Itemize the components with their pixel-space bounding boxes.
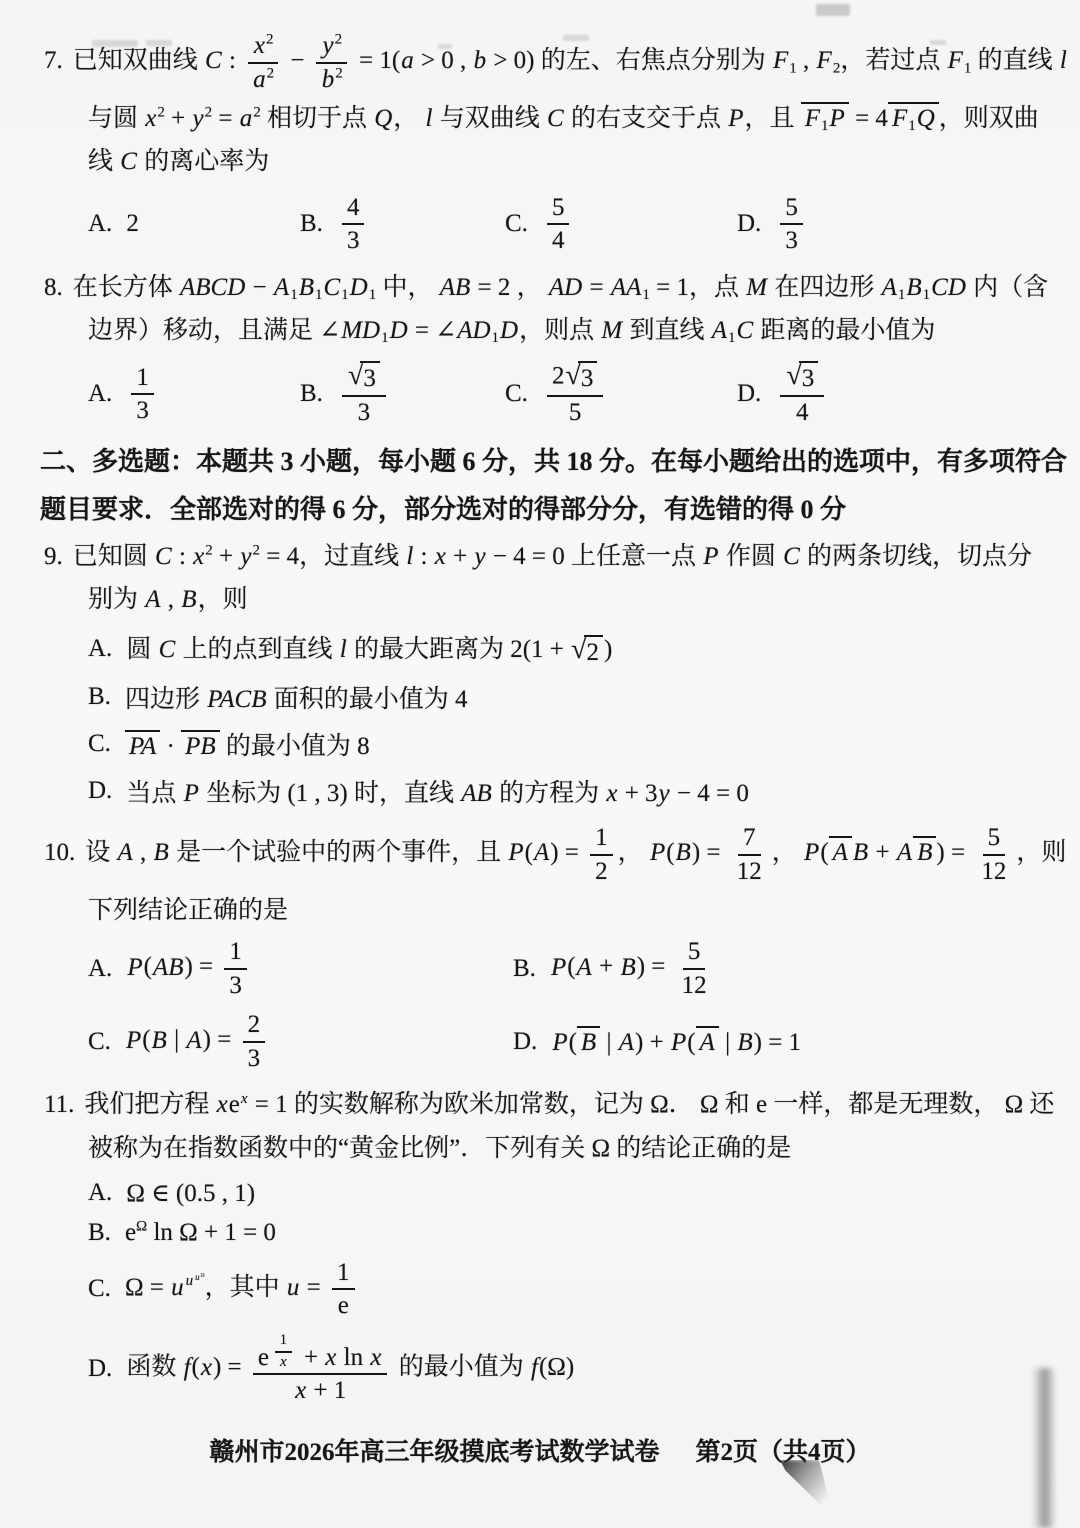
- option-label: D.: [88, 777, 112, 805]
- math-variable: A: [832, 839, 849, 866]
- math-variable: x: [294, 1377, 307, 1404]
- text-run: 3: [136, 397, 149, 424]
- text-run: ln: [337, 1344, 369, 1371]
- denominator: 4: [547, 225, 570, 256]
- denominator: 3: [131, 395, 154, 426]
- denominator: 3: [243, 1043, 266, 1074]
- math-variable: P: [125, 1027, 142, 1054]
- text-run: = 4: [849, 105, 888, 132]
- math-variable: Q: [373, 105, 393, 132]
- math-variable: a: [252, 66, 267, 93]
- fraction: 23: [243, 1010, 266, 1073]
- text-run: = 1 的实数解称为欧米加常数，记为 Ω． Ω 和 e 一样，都是无理数， Ω …: [248, 1091, 1054, 1118]
- numerator: e1x + x ln x: [253, 1332, 388, 1375]
- text-run: ): [604, 636, 612, 663]
- text-run: ) =: [692, 839, 727, 866]
- math-variable: P: [670, 1029, 687, 1056]
- option-label: B.: [513, 955, 536, 983]
- denominator: 5: [564, 397, 587, 428]
- numerator: √3: [780, 361, 824, 397]
- text-run: 4: [552, 227, 565, 254]
- text-run: 到直线: [623, 317, 711, 344]
- math-variable: x: [144, 105, 157, 132]
- text-run: 7: [743, 824, 756, 851]
- page-curl-shadow: [780, 1460, 834, 1518]
- math-variable: C: [782, 543, 801, 570]
- text-run: 1: [381, 330, 389, 346]
- text-run: 距离的最小值为: [754, 317, 935, 344]
- fraction: 512: [677, 937, 712, 1000]
- superscript: 2: [252, 542, 260, 558]
- text-run: 别为: [88, 586, 144, 613]
- math-variable: F: [804, 105, 821, 132]
- option-item: A.2: [88, 210, 300, 238]
- text-run: 圆: [126, 636, 157, 663]
- text-run: +: [447, 543, 474, 570]
- math-variable: B: [916, 839, 933, 866]
- text-run: +: [869, 839, 896, 866]
- text-run: 坐标为 (1 , 3) 时，直线: [200, 780, 460, 807]
- math-variable: A: [711, 317, 728, 344]
- option-content: P(B | A) = 23: [125, 1010, 270, 1073]
- numerator: x2: [248, 31, 279, 64]
- superscript: uΩ: [194, 1272, 205, 1282]
- option-item: D.函数 f(x) = e1x + x ln xx + 1 的最小值为 f(Ω): [40, 1332, 1046, 1406]
- overline-vector: A: [696, 1026, 719, 1057]
- text-run: > 0 ,: [415, 47, 473, 74]
- text-run: Ω =: [125, 1274, 170, 1301]
- option-content: 13: [126, 363, 159, 426]
- math-variable: A: [185, 1027, 202, 1054]
- fraction: 512: [976, 823, 1011, 886]
- math-variable: F: [772, 47, 789, 74]
- text-run: (: [142, 1027, 150, 1054]
- denominator: 3: [780, 225, 803, 256]
- math-variable: x: [434, 543, 447, 570]
- math-variable: A: [576, 954, 593, 981]
- denominator: 3: [353, 397, 376, 428]
- text-run: ) +: [635, 1029, 670, 1056]
- question-11-line: 11.我们把方程 xex = 1 的实数解称为欧米加常数，记为 Ω． Ω 和 e…: [40, 1087, 1046, 1123]
- text-run: 2: [266, 31, 274, 47]
- page-edge-shadow: [1032, 1368, 1056, 1528]
- option-content: Ω ∈ (0.5 , 1): [126, 1178, 255, 1208]
- option-label: C.: [88, 730, 111, 758]
- numerator: 5: [683, 937, 706, 970]
- math-variable: C: [119, 148, 138, 175]
- options-question-7: A.2B.43C.54D.53: [40, 193, 1046, 256]
- math-variable: P: [550, 954, 567, 981]
- text-run: ，则: [1016, 839, 1066, 866]
- option-content: 53: [775, 193, 808, 256]
- text-run: |: [719, 1029, 737, 1056]
- text-run: +: [298, 1344, 325, 1371]
- question-number: 11.: [44, 1091, 74, 1118]
- math-variable: a: [400, 47, 415, 74]
- text-run: ，其中: [205, 1274, 286, 1301]
- text-run: ，则点: [519, 317, 600, 344]
- text-run: ) = 1: [754, 1029, 801, 1056]
- option-item: B.√33: [300, 361, 505, 428]
- text-run: :: [223, 47, 242, 74]
- text-run: 5: [785, 194, 798, 221]
- math-variable: AB: [439, 274, 472, 301]
- option-label: D.: [737, 210, 761, 238]
- question-11: 11.我们把方程 xex = 1 的实数解称为欧米加常数，记为 Ω． Ω 和 e…: [40, 1087, 1046, 1405]
- text-run: + 3: [618, 780, 657, 807]
- math-variable: P: [126, 954, 143, 981]
- math-variable: D: [389, 317, 409, 344]
- option-item: D.当点 P 坐标为 (1 , 3) 时，直线 AB 的方程为 x + 3y −…: [40, 773, 1046, 809]
- option-item: B.四边形 PACB 面积的最小值为 4: [40, 679, 1046, 715]
- math-variable: C: [546, 105, 565, 132]
- math-variable: x: [200, 1354, 213, 1381]
- math-variable: A: [144, 586, 161, 613]
- option-item: C.54: [505, 193, 737, 256]
- text-run: 3: [358, 399, 371, 426]
- numerator: 5: [547, 193, 570, 226]
- math-variable: P: [829, 105, 846, 132]
- text-run: 被称为在指数函数中的“黄金比例”．下列有关 Ω 的结论正确的是: [88, 1135, 791, 1162]
- overline-vector: PB: [181, 730, 220, 761]
- text-run: 3: [581, 365, 594, 392]
- text-run: + 1: [307, 1377, 346, 1404]
- text-run: e: [229, 1091, 240, 1118]
- text-run: 已知双曲线: [73, 47, 204, 74]
- text-run: = ∠: [409, 317, 457, 344]
- math-variable: x: [369, 1344, 382, 1371]
- text-run: ,: [134, 839, 153, 866]
- subscript: 1: [821, 118, 829, 134]
- numerator: y2: [316, 31, 347, 64]
- option-item: D.53: [737, 193, 1046, 256]
- text-run: 题目要求．全部选对的得 6 分，部分选对的得部分分，有选错的得 0 分: [40, 495, 846, 524]
- math-variable: u: [170, 1274, 185, 1301]
- math-variable: B: [619, 954, 636, 981]
- superscript: 2: [335, 31, 343, 47]
- math-variable: f: [183, 1354, 192, 1381]
- radicand: 2: [584, 635, 604, 668]
- text-run: 2: [552, 362, 565, 389]
- text-run: (: [144, 954, 152, 981]
- text-run: −: [246, 274, 273, 301]
- text-run: ，: [393, 105, 424, 132]
- text-run: 3: [802, 365, 815, 392]
- text-run: 2: [248, 1011, 261, 1038]
- math-variable: F: [816, 47, 833, 74]
- text-run: = 2 ，: [471, 274, 548, 301]
- text-run: 2: [252, 542, 260, 558]
- text-run: ，: [772, 839, 803, 866]
- text-run: 的最小值为 8: [220, 733, 370, 760]
- math-variable: y: [321, 32, 334, 59]
- math-variable: C: [154, 543, 173, 570]
- math-variable: B: [675, 839, 692, 866]
- section-header-line: 二、多选题：本题共 3 小题，每小题 6 分，共 18 分。在每小题给出的选项中…: [40, 442, 1046, 481]
- subscript: 1: [492, 330, 500, 346]
- option-item: A.13: [88, 363, 300, 426]
- text-run: 1: [341, 287, 349, 303]
- overline-vector: B: [577, 1026, 600, 1057]
- question-7-line: 7.已知双曲线 C : x2a2 − y2b2 = 1(a > 0 , b > …: [40, 31, 1046, 94]
- text-run: Ω: [136, 1218, 147, 1234]
- math-variable: AD: [456, 317, 491, 344]
- math-variable: B: [852, 839, 869, 866]
- math-variable: B: [905, 274, 922, 301]
- option-label: D.: [513, 1028, 537, 1056]
- math-variable: P: [649, 839, 666, 866]
- question-8-line: 边界）移动，且满足 ∠MD1D = ∠AD1D，则点 M 到直线 A1C 距离的…: [40, 313, 1046, 349]
- option-label: B.: [300, 210, 323, 238]
- option-label: C.: [88, 1028, 111, 1056]
- math-variable: M: [745, 274, 768, 301]
- denominator: a2: [247, 64, 279, 95]
- math-variable: l: [405, 543, 414, 570]
- option-content: 43: [337, 193, 370, 256]
- math-variable: l: [339, 636, 348, 663]
- math-variable: AA: [610, 274, 643, 301]
- text-run: Ω ∈ (0.5 , 1): [126, 1180, 255, 1207]
- math-variable: x: [216, 1091, 229, 1118]
- math-variable: F: [891, 105, 908, 132]
- numerator: 1: [275, 1332, 293, 1353]
- fraction: e1x + x ln xx + 1: [253, 1332, 388, 1406]
- text-run: 1: [595, 824, 608, 851]
- option-content: P(B | A) + P(A | B) = 1: [551, 1026, 801, 1057]
- option-item: B.eΩ ln Ω + 1 = 0: [40, 1219, 1046, 1247]
- option-content: eΩ ln Ω + 1 = 0: [125, 1219, 276, 1247]
- options-question-10: A.P(AB) = 13B.P(A + B) = 512C.P(B | A) =…: [40, 937, 1046, 1073]
- radicand: 3: [360, 361, 380, 394]
- fraction: 12: [590, 823, 613, 886]
- text-run: 2: [335, 31, 343, 47]
- text-run: 已知圆: [73, 543, 154, 570]
- math-variable: ABCD: [179, 274, 246, 301]
- text-run: 1: [337, 1259, 350, 1286]
- text-run: 2: [267, 65, 275, 81]
- exam-page-scan: 7.已知双曲线 C : x2a2 − y2b2 = 1(a > 0 , b > …: [0, 0, 1080, 1528]
- text-run: 函数: [126, 1354, 182, 1381]
- text-run: = 1(: [353, 47, 400, 74]
- option-label: A.: [88, 1179, 112, 1207]
- fraction: x2a2: [247, 31, 279, 94]
- numerator: 4: [342, 193, 365, 226]
- math-variable: AB: [152, 954, 185, 981]
- superscript: 2: [205, 104, 213, 120]
- option-content: 当点 P 坐标为 (1 , 3) 时，直线 AB 的方程为 x + 3y − 4…: [126, 773, 749, 809]
- text-run: ,: [162, 586, 181, 613]
- option-label: C.: [88, 1275, 111, 1303]
- option-label: C.: [505, 210, 528, 238]
- text-run: 2: [205, 542, 213, 558]
- option-item: C.Ω = uuuΩ，其中 u = 1e: [40, 1258, 1046, 1321]
- option-content: 2: [126, 210, 139, 238]
- denominator: x: [274, 1353, 293, 1372]
- text-run: :: [414, 543, 433, 570]
- text-run: +: [213, 543, 240, 570]
- text-run: 与圆: [88, 105, 144, 132]
- text-run: :: [173, 543, 192, 570]
- denominator: b2: [316, 64, 348, 95]
- text-run: ,: [797, 47, 816, 74]
- math-variable: P: [803, 839, 820, 866]
- math-variable: x: [192, 543, 205, 570]
- text-run: 上的点到直线: [176, 636, 339, 663]
- text-run: (: [687, 1029, 695, 1056]
- fraction: 13: [224, 937, 247, 1000]
- fraction: y2b2: [316, 31, 348, 94]
- page-footer: 赣州市2026年高三年级摸底考试数学试卷第2页（共4页）: [0, 1432, 1080, 1468]
- subscript: 1: [341, 287, 349, 303]
- text-run: =: [583, 274, 610, 301]
- text-run: 2: [587, 639, 600, 666]
- numerator: 1: [131, 363, 154, 396]
- text-run: 1: [290, 287, 298, 303]
- text-run: 3: [248, 1045, 261, 1072]
- text-run: 4: [796, 399, 809, 426]
- numerator: √3: [342, 361, 386, 397]
- text-run: 与双曲线: [434, 105, 547, 132]
- question-10: 10.设 A , B 是一个试验中的两个事件，且 P(A) = 12， P(B)…: [40, 823, 1046, 1073]
- overline-vector: F1P: [801, 102, 849, 134]
- math-variable: D: [499, 317, 519, 344]
- denominator: 4: [791, 397, 814, 428]
- math-variable: PACB: [206, 686, 267, 713]
- text-run: 设: [85, 839, 116, 866]
- option-label: D.: [88, 1355, 112, 1383]
- text-run: (: [820, 839, 828, 866]
- option-content: 四边形 PACB 面积的最小值为 4: [125, 679, 468, 715]
- text-run: = 1，点: [650, 274, 745, 301]
- fraction: √33: [342, 361, 386, 428]
- text-run: (: [192, 1354, 200, 1381]
- question-9-line: 9.已知圆 C : x2 + y2 = 4，过直线 l : x + y − 4 …: [40, 539, 1046, 575]
- math-variable: l: [1059, 47, 1068, 74]
- superscript: 2: [335, 65, 343, 81]
- radicand: 3: [799, 361, 819, 394]
- math-variable: A: [699, 1029, 716, 1056]
- exam-body: 7.已知双曲线 C : x2a2 − y2b2 = 1(a > 0 , b > …: [0, 0, 1080, 1420]
- text-run: 1: [789, 60, 797, 76]
- superscript: 2: [266, 31, 274, 47]
- text-run: (: [567, 954, 575, 981]
- option-item: B.P(A + B) = 512: [513, 937, 1046, 1000]
- math-variable: x: [279, 1354, 288, 1370]
- math-variable: B: [580, 1029, 597, 1056]
- text-run: − 4 = 0: [671, 780, 749, 807]
- math-variable: y: [473, 543, 486, 570]
- option-item: D.P(B | A) + P(A | B) = 1: [513, 1026, 1046, 1057]
- text-run: 相切于点: [261, 105, 374, 132]
- text-run: 1: [642, 287, 650, 303]
- text-run: 12: [981, 858, 1006, 885]
- question-9-line: 别为 A , B，则: [40, 582, 1046, 618]
- question-11-line: 被称为在指数函数中的“黄金比例”．下列有关 Ω 的结论正确的是: [40, 1131, 1046, 1167]
- text-run: 5: [569, 399, 582, 426]
- fraction: 43: [342, 193, 365, 256]
- subscript: 1: [290, 287, 298, 303]
- text-run: 1: [821, 118, 829, 134]
- text-run: ，则双曲: [939, 105, 1039, 132]
- question-number: 10.: [44, 839, 75, 866]
- text-run: =: [300, 1274, 327, 1301]
- denominator: 3: [224, 970, 247, 1001]
- text-run: 3: [229, 972, 242, 999]
- text-run: e: [125, 1219, 136, 1246]
- question-10-line: 10.设 A , B 是一个试验中的两个事件，且 P(A) = 12， P(B)…: [40, 823, 1046, 886]
- numerator: 1: [332, 1258, 355, 1291]
- text-run: 作圆: [720, 543, 783, 570]
- text-run: (: [569, 1029, 577, 1056]
- text-run: − 4 = 0 上任意一点: [487, 543, 703, 570]
- text-run: e: [338, 1292, 349, 1319]
- text-run: ，则: [198, 586, 248, 613]
- text-run: ) =: [550, 839, 585, 866]
- fraction: 2√35: [547, 361, 603, 428]
- math-variable: PA: [128, 733, 157, 760]
- text-run: 边界）移动，且满足 ∠: [88, 317, 340, 344]
- subscript: 1: [908, 118, 916, 134]
- denominator: 3: [342, 225, 365, 256]
- radicand: 3: [578, 361, 598, 394]
- text-run: = 4，过直线: [260, 543, 405, 570]
- text-run: =: [212, 105, 239, 132]
- text-run: (: [525, 839, 533, 866]
- option-item: C.PA · PB 的最小值为 8: [40, 726, 1046, 762]
- math-variable: B: [298, 274, 315, 301]
- text-run: 3: [785, 227, 798, 254]
- text-run: 的最小值为: [392, 1354, 530, 1381]
- text-run: ) =: [203, 1027, 238, 1054]
- text-run: 下列结论正确的是: [88, 897, 288, 924]
- math-variable: M: [600, 317, 623, 344]
- math-variable: P: [702, 543, 719, 570]
- text-run: 3: [363, 365, 376, 392]
- option-label: C.: [505, 380, 528, 408]
- text-run: 的两条切线，切点分: [801, 543, 1032, 570]
- question-7-line: 与圆 x2 + y2 = a2 相切于点 Q， l 与双曲线 C 的右支交于点 …: [40, 101, 1046, 137]
- option-content: Ω = uuuΩ，其中 u = 1e: [125, 1258, 360, 1321]
- fraction: 53: [780, 193, 803, 256]
- text-run: 的方程为: [493, 780, 606, 807]
- text-run: 的最大距离为 2(1 +: [348, 636, 570, 663]
- question-number: 8.: [44, 274, 63, 301]
- question-7: 7.已知双曲线 C : x2a2 − y2b2 = 1(a > 0 , b > …: [40, 31, 1046, 256]
- question-8: 8.在长方体 ABCD − A1B1C1D1 中， AB = 2 ， AD = …: [40, 270, 1046, 428]
- text-run: > 0) 的左、右焦点分别为: [487, 47, 772, 74]
- text-run: 1: [280, 1332, 288, 1348]
- text-run: 1: [136, 364, 149, 391]
- question-9: 9.已知圆 C : x2 + y2 = 4，过直线 l : x + y − 4 …: [40, 539, 1046, 809]
- text-run: e: [258, 1344, 269, 1371]
- option-label: A.: [88, 380, 112, 408]
- math-variable: A: [117, 839, 134, 866]
- option-label: B.: [88, 1219, 111, 1247]
- text-run: (: [666, 839, 674, 866]
- text-run: 2: [205, 104, 213, 120]
- option-content: P(A + B) = 512: [550, 937, 717, 1000]
- text-run: 2: [157, 104, 165, 120]
- superscript: Ω: [136, 1218, 147, 1234]
- fraction: √34: [780, 361, 824, 428]
- fraction: 712: [732, 823, 767, 886]
- superscript: 2: [253, 104, 261, 120]
- text-run: −: [284, 47, 311, 74]
- text-run: 我们把方程: [84, 1091, 215, 1118]
- numerator: 5: [983, 823, 1006, 856]
- option-label: A.: [88, 955, 112, 983]
- math-variable: y: [658, 780, 671, 807]
